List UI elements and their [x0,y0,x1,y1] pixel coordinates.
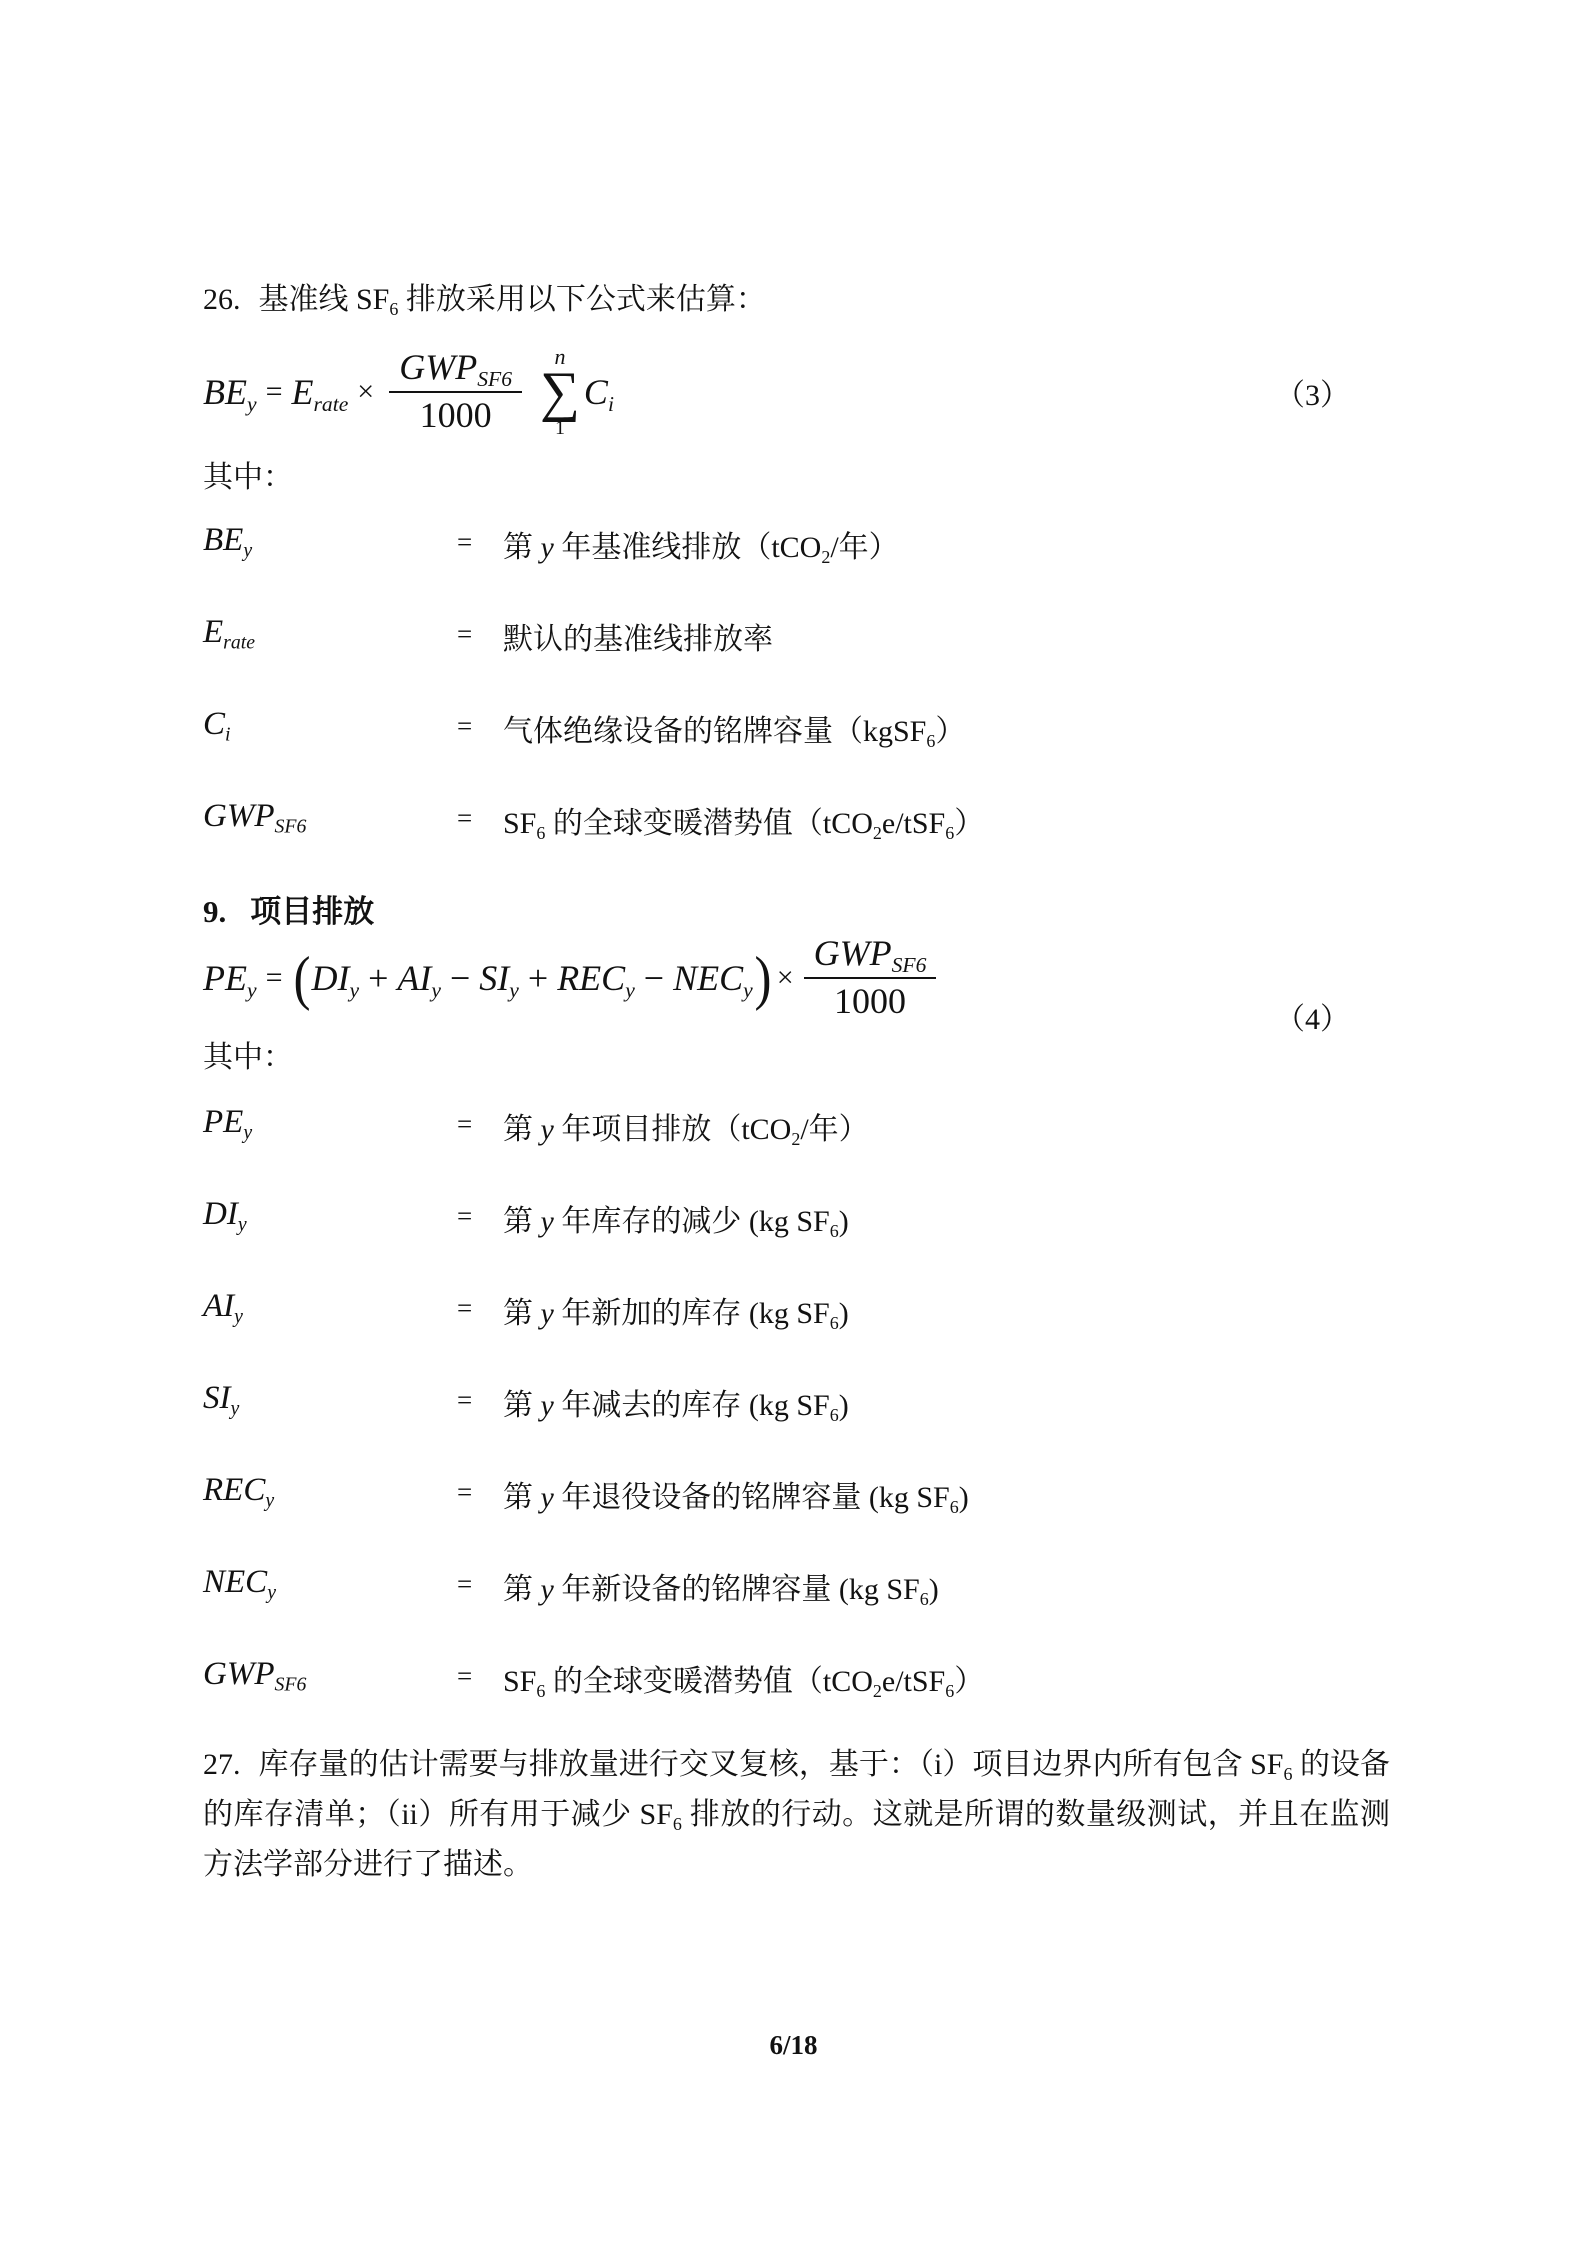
eq3-sum-lower-limit: 1 [555,418,565,438]
equals-sign: = [457,1472,503,1508]
where-label-1: 其中： [203,452,293,496]
term-description: 第 y 年库存的减少 (kg SF6) [503,1196,1390,1240]
eq3-equals-sign: = [266,375,283,409]
term-description: 第 y 年减去的库存 (kg SF6) [503,1380,1390,1424]
document-page: 26.基准线 SF6 排放采用以下公式来估算： BEy = Erate × GW… [0,0,1587,2245]
paragraph-26: 26.基准线 SF6 排放采用以下公式来估算： [203,281,1390,319]
term-symbol: PEy [203,1104,457,1141]
definition-row: RECy = 第 y 年退役设备的铭牌容量 (kg SF6) [203,1472,1390,1564]
definition-row: GWPSF6 = SF6 的全球变暖潜势值（tCO2e/tSF6） [203,1656,1390,1748]
eq4-equals-sign: = [266,961,283,995]
term-symbol: SIy [203,1380,457,1417]
definition-row: BEy = 第 y 年基准线排放（tCO2/年） [203,522,1390,614]
eq3-emission-rate: Erate [292,371,349,413]
term-description: 第 y 年退役设备的铭牌容量 (kg SF6) [503,1472,1390,1516]
term-description: 气体绝缘设备的铭牌容量（kgSF6） [503,706,1390,750]
definition-row: NECy = 第 y 年新设备的铭牌容量 (kg SF6) [203,1564,1390,1656]
definition-row: AIy = 第 y 年新加的库存 (kg SF6) [203,1288,1390,1380]
definition-row: Ci = 气体绝缘设备的铭牌容量（kgSF6） [203,706,1390,798]
definition-row: Erate = 默认的基准线排放率 [203,614,1390,706]
term-description: 默认的基准线排放率 [503,614,1390,658]
equation-4-number: （4） [1275,994,1350,1038]
equals-sign: = [457,1564,503,1600]
equals-sign: = [457,798,503,834]
term-description: SF6 的全球变暖潜势值（tCO2e/tSF6） [503,798,1390,842]
sigma-symbol: ∑ [540,369,580,417]
section-9-heading: 9.项目排放 [203,886,374,931]
term-description: 第 y 年新加的库存 (kg SF6) [503,1288,1390,1332]
term-description: 第 y 年新设备的铭牌容量 (kg SF6) [503,1564,1390,1608]
eq4-inner-terms: DIy + AIy − SIy + RECy − NECy [311,957,752,999]
eq3-fraction-denominator: 1000 [420,393,492,436]
equals-sign: = [457,1288,503,1324]
definition-row: SIy = 第 y 年减去的库存 (kg SF6) [203,1380,1390,1472]
term-symbol: RECy [203,1472,457,1509]
term-symbol: Erate [203,614,457,651]
eq4-lhs: PEy [203,957,257,999]
eq3-times-sign: × [357,375,374,409]
term-symbol: DIy [203,1196,457,1233]
term-symbol: NECy [203,1564,457,1601]
equals-sign: = [457,706,503,742]
page-content: 26.基准线 SF6 排放采用以下公式来估算： BEy = Erate × GW… [203,0,1390,2245]
equals-sign: = [457,1380,503,1416]
equation-3: BEy = Erate × GWPSF6 1000 n ∑ 1 Ci （3） [203,344,1390,440]
term-description: 第 y 年项目排放（tCO2/年） [503,1104,1390,1148]
equation-4: PEy = ( DIy + AIy − SIy + RECy − NECy ) … [203,936,1390,1020]
definitions-eq3: BEy = 第 y 年基准线排放（tCO2/年） Erate = 默认的基准线排… [203,522,1390,890]
eq4-fraction: GWPSF6 1000 [804,934,937,1021]
equals-sign: = [457,522,503,558]
equals-sign: = [457,1656,503,1692]
term-symbol: BEy [203,522,457,559]
paragraph-26-number: 26. [203,283,241,316]
eq3-capacity-term: Ci [584,371,614,413]
definition-row: DIy = 第 y 年库存的减少 (kg SF6) [203,1196,1390,1288]
paragraph-27-text: 库存量的估计需要与排放量进行交叉复核，基于：（i）项目边界内所有包含 SF6 的… [203,1748,1390,1881]
paragraph-26-text: 基准线 SF6 排放采用以下公式来估算： [259,283,766,316]
definitions-eq4: PEy = 第 y 年项目排放（tCO2/年） DIy = 第 y 年库存的减少… [203,1104,1390,1748]
term-symbol: Ci [203,706,457,743]
term-symbol: AIy [203,1288,457,1325]
term-description: 第 y 年基准线排放（tCO2/年） [503,522,1390,566]
paragraph-27-number: 27. [203,1748,241,1781]
eq3-fraction: GWPSF6 1000 [389,348,522,435]
term-description: SF6 的全球变暖潜势值（tCO2e/tSF6） [503,1656,1390,1700]
equals-sign: = [457,1196,503,1232]
term-symbol: GWPSF6 [203,1656,457,1693]
term-symbol: GWPSF6 [203,798,457,835]
eq4-fraction-denominator: 1000 [834,979,906,1022]
where-label-2: 其中： [203,1032,293,1076]
page-number: 6/18 [0,2030,1587,2061]
eq3-lhs: BEy [203,371,257,413]
eq4-times-sign: × [777,961,794,995]
eq4-fraction-numerator: GWPSF6 [804,934,937,979]
section-9-title: 项目排放 [250,894,374,929]
eq3-fraction-numerator: GWPSF6 [389,348,522,393]
definition-row: GWPSF6 = SF6 的全球变暖潜势值（tCO2e/tSF6） [203,798,1390,890]
equation-3-number: （3） [1275,370,1350,414]
equals-sign: = [457,614,503,650]
paragraph-27: 27.库存量的估计需要与排放量进行交叉复核，基于：（i）项目边界内所有包含 SF… [203,1740,1390,1890]
definition-row: PEy = 第 y 年项目排放（tCO2/年） [203,1104,1390,1196]
eq3-summation: n ∑ 1 [540,346,580,439]
section-9-number: 9. [203,894,226,929]
equals-sign: = [457,1104,503,1140]
